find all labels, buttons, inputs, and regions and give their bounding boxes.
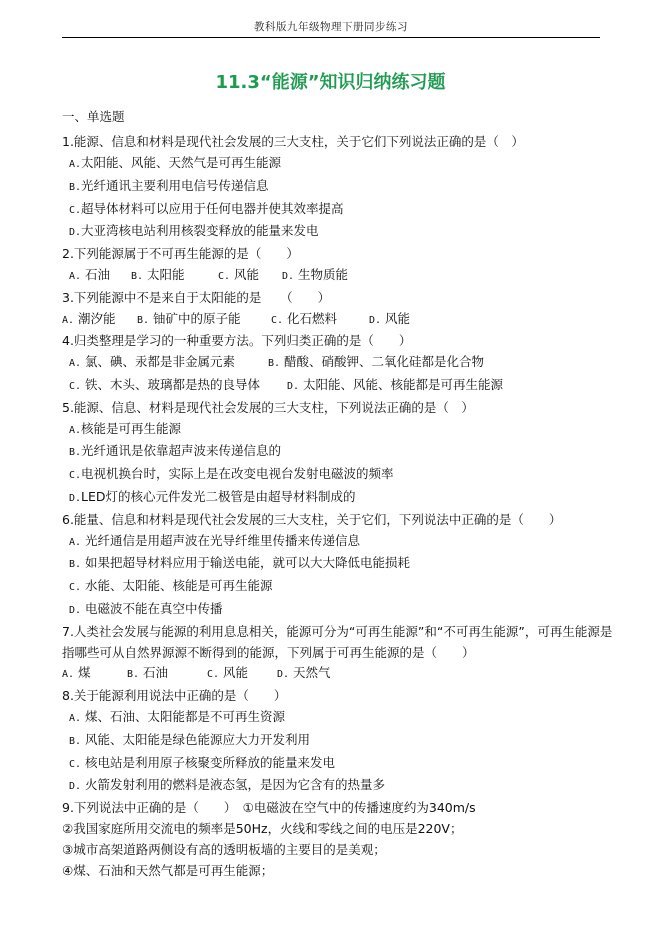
option-letter: A. xyxy=(69,537,81,548)
question-stem: 8.关于能源利用说法中正确的是（ ） xyxy=(62,686,607,707)
statement-2: ②我国家庭所用交流电的频率是50Hz，火线和零线之间的电压是220V； xyxy=(62,819,607,840)
question-stem: 4.归类整理是学习的一种重要方法。下列归类正确的是（ ） xyxy=(62,331,607,352)
option-a[interactable]: A. 煤 xyxy=(62,663,127,686)
question-stem: 9.下列说法中正确的是（ ） ①电磁波在空气中的传播速度约为340m/s xyxy=(62,798,607,819)
option-text: 铁、木头、玻璃都是热的良导体 xyxy=(85,377,260,392)
option-text: 风能 xyxy=(385,311,410,326)
document-body: 一、单选题 1.能源、信息和材料是现代社会发展的三大支柱，关于它们下列说法正确的… xyxy=(62,107,607,881)
option-letter: A. xyxy=(62,669,74,680)
option-c[interactable]: C.电视机换台时，实际上是在改变电视台发射电磁波的频率 xyxy=(62,464,607,487)
question-6: 6.能量、信息和材料是现代社会发展的三大支柱，关于它们，下列说法中正确的是（ ）… xyxy=(62,510,607,622)
question-stem: 6.能量、信息和材料是现代社会发展的三大支柱，关于它们，下列说法中正确的是（ ） xyxy=(62,510,607,531)
option-text: 风能、太阳能是绿色能源应大力开发利用 xyxy=(85,732,310,747)
option-a[interactable]: A. 光纤通信是用超声波在光导纤维里传播来传递信息 xyxy=(62,531,607,554)
option-letter: A. xyxy=(62,315,74,326)
question-stem: 1.能源、信息和材料是现代社会发展的三大支柱，关于它们下列说法正确的是（ ） xyxy=(62,132,607,153)
option-text: 光纤通讯是依靠超声波来传递信息的 xyxy=(81,443,281,458)
option-text: 太阳能、风能、天然气是可再生能源 xyxy=(81,155,281,170)
option-text: 太阳能、风能、核能都是可再生能源 xyxy=(303,377,503,392)
option-text: 潮汐能 xyxy=(78,311,116,326)
option-d[interactable]: D. 太阳能、风能、核能都是可再生能源 xyxy=(287,375,503,398)
option-letter: D. xyxy=(282,271,294,282)
option-letter: B. xyxy=(131,271,143,282)
option-text: 氯、碘、汞都是非金属元素 xyxy=(85,354,235,369)
option-c[interactable]: C. 核电站是利用原子核聚变所释放的能量来发电 xyxy=(62,753,607,776)
option-b[interactable]: B.光纤通讯主要利用电信号传递信息 xyxy=(62,176,607,199)
option-text: 光纤通信是用超声波在光导纤维里传播来传递信息 xyxy=(85,533,360,548)
statement-4: ④煤、石油和天然气都是可再生能源； xyxy=(62,861,607,882)
option-c[interactable]: C. 铁、木头、玻璃都是热的良导体 xyxy=(69,375,287,398)
option-letter: A. xyxy=(69,425,81,436)
option-d[interactable]: D. 生物质能 xyxy=(282,265,348,288)
question-stem-line-1: 7.人类社会发展与能源的利用息息相关，能源可分为“可再生能源”和“不可再生能源”… xyxy=(62,622,607,643)
option-letter: A. xyxy=(69,271,81,282)
page-header: 教科版九年级物理下册同步练习 xyxy=(62,19,600,37)
option-text: 太阳能 xyxy=(147,267,185,282)
options-row: A. 石油 B. 太阳能 C. 风能 D. 生物质能 xyxy=(62,265,607,288)
option-d[interactable]: D. 电磁波不能在真空中传播 xyxy=(62,599,607,622)
question-4: 4.归类整理是学习的一种重要方法。下列归类正确的是（ ） A. 氯、碘、汞都是非… xyxy=(62,331,607,397)
options-row: A. 煤 B. 石油 C. 风能 D. 天然气 xyxy=(62,663,607,686)
option-letter: C. xyxy=(69,205,81,216)
option-text: LED灯的核心元件发光二极管是由超导材料制成的 xyxy=(81,489,356,504)
options-row: A. 氯、碘、汞都是非金属元素 B. 醋酸、硝酸钾、二氧化硅都是化合物 xyxy=(62,352,607,375)
option-a[interactable]: A. 煤、石油、太阳能都是不可再生资源 xyxy=(62,707,607,730)
question-2: 2.下列能源属于不可再生能源的是（ ） A. 石油 B. 太阳能 C. 风能 D… xyxy=(62,244,607,288)
option-letter: A. xyxy=(69,159,81,170)
options-row: C. 铁、木头、玻璃都是热的良导体 D. 太阳能、风能、核能都是可再生能源 xyxy=(62,375,607,398)
options-row: A. 潮汐能 B. 铀矿中的原子能 C. 化石燃料 D. 风能 xyxy=(62,309,607,332)
document-title: 11.3“能源”知识归纳练习题 xyxy=(0,72,661,94)
option-letter: D. xyxy=(287,381,299,392)
question-stem-line-2: 指哪些可从自然界源源不断得到的能源，下列属于可再生能源的是（ ） xyxy=(62,643,607,664)
option-letter: C. xyxy=(218,271,230,282)
option-text: 核能是可再生能源 xyxy=(81,421,181,436)
option-letter: D. xyxy=(69,605,81,616)
option-c[interactable]: C. 风能 xyxy=(218,265,282,288)
option-text: 化石燃料 xyxy=(287,311,337,326)
option-letter: A. xyxy=(69,358,81,369)
option-letter: B. xyxy=(69,182,81,193)
question-7: 7.人类社会发展与能源的利用息息相关，能源可分为“可再生能源”和“不可再生能源”… xyxy=(62,622,607,686)
option-text: 大亚湾核电站利用核裂变释放的能量来发电 xyxy=(81,223,319,238)
question-stem: 3.下列能源中不是来自于太阳能的是 （ ） xyxy=(62,288,607,309)
option-c[interactable]: C. 水能、太阳能、核能是可再生能源 xyxy=(62,576,607,599)
option-c[interactable]: C. 风能 xyxy=(207,663,277,686)
option-text: 电磁波不能在真空中传播 xyxy=(85,601,223,616)
option-text: 电视机换台时，实际上是在改变电视台发射电磁波的频率 xyxy=(81,466,394,481)
option-a[interactable]: A. 石油 xyxy=(69,265,131,288)
question-3: 3.下列能源中不是来自于太阳能的是 （ ） A. 潮汐能 B. 铀矿中的原子能 … xyxy=(62,288,607,332)
option-text: 煤 xyxy=(78,665,91,680)
option-letter: D. xyxy=(369,315,381,326)
option-text: 火箭发射利用的燃料是液态氢，是因为它含有的热量多 xyxy=(85,777,385,792)
option-d[interactable]: D.大亚湾核电站利用核裂变释放的能量来发电 xyxy=(62,221,607,244)
option-text: 核电站是利用原子核聚变所释放的能量来发电 xyxy=(85,755,335,770)
option-letter: B. xyxy=(69,736,81,747)
option-letter: B. xyxy=(127,669,139,680)
option-letter: D. xyxy=(69,493,81,504)
option-d[interactable]: D. 火箭发射利用的燃料是液态氢，是因为它含有的热量多 xyxy=(62,775,607,798)
option-letter: C. xyxy=(69,381,81,392)
option-text: 如果把超导材料应用于输送电能，就可以大大降低电能损耗 xyxy=(85,555,410,570)
option-a[interactable]: A. 潮汐能 xyxy=(62,309,137,332)
option-text: 风能 xyxy=(223,665,248,680)
statement-3: ③城市高架道路两侧设有高的透明板墙的主要目的是美观； xyxy=(62,840,607,861)
option-text: 铀矿中的原子能 xyxy=(153,311,241,326)
option-text: 超导体材料可以应用于任何电器并使其效率提高 xyxy=(81,201,344,216)
option-letter: B. xyxy=(69,559,81,570)
option-letter: C. xyxy=(69,470,81,481)
option-text: 生物质能 xyxy=(298,267,348,282)
option-a[interactable]: A.太阳能、风能、天然气是可再生能源 xyxy=(62,153,607,176)
option-b[interactable]: B.光纤通讯是依靠超声波来传递信息的 xyxy=(62,441,607,464)
option-c[interactable]: C.超导体材料可以应用于任何电器并使其效率提高 xyxy=(62,199,607,222)
option-d[interactable]: D.LED灯的核心元件发光二极管是由超导材料制成的 xyxy=(62,487,607,510)
option-b[interactable]: B. 风能、太阳能是绿色能源应大力开发利用 xyxy=(62,730,607,753)
option-text: 水能、太阳能、核能是可再生能源 xyxy=(85,578,273,593)
option-d[interactable]: D. 天然气 xyxy=(277,663,331,686)
option-text: 石油 xyxy=(85,267,110,282)
option-c[interactable]: C. 化石燃料 xyxy=(271,309,369,332)
section-heading: 一、单选题 xyxy=(62,107,607,128)
option-a[interactable]: A. 氯、碘、汞都是非金属元素 xyxy=(69,352,268,375)
option-letter: D. xyxy=(69,227,81,238)
question-stem: 2.下列能源属于不可再生能源的是（ ） xyxy=(62,244,607,265)
header-divider xyxy=(62,37,600,38)
option-b[interactable]: B. 醋酸、硝酸钾、二氧化硅都是化合物 xyxy=(268,352,484,375)
question-stem: 5.能源、信息、材料是现代社会发展的三大支柱，下列说法正确的是（ ） xyxy=(62,398,607,419)
option-text: 光纤通讯主要利用电信号传递信息 xyxy=(81,178,269,193)
option-letter: C. xyxy=(271,315,283,326)
question-8: 8.关于能源利用说法中正确的是（ ） A. 煤、石油、太阳能都是不可再生资源 B… xyxy=(62,686,607,798)
question-1: 1.能源、信息和材料是现代社会发展的三大支柱，关于它们下列说法正确的是（ ） A… xyxy=(62,132,607,244)
option-letter: C. xyxy=(69,582,81,593)
option-b[interactable]: B. 铀矿中的原子能 xyxy=(137,309,271,332)
option-d[interactable]: D. 风能 xyxy=(369,309,410,332)
option-letter: D. xyxy=(277,669,289,680)
option-text: 天然气 xyxy=(293,665,331,680)
option-letter: A. xyxy=(69,713,81,724)
option-b[interactable]: B. 如果把超导材料应用于输送电能，就可以大大降低电能损耗 xyxy=(62,553,607,576)
option-letter: B. xyxy=(69,447,81,458)
option-letter: B. xyxy=(268,358,280,369)
question-5: 5.能源、信息、材料是现代社会发展的三大支柱，下列说法正确的是（ ） A.核能是… xyxy=(62,398,607,510)
option-b[interactable]: B. 石油 xyxy=(127,663,207,686)
option-text: 煤、石油、太阳能都是不可再生资源 xyxy=(85,709,285,724)
option-text: 风能 xyxy=(234,267,259,282)
option-letter: B. xyxy=(137,315,149,326)
option-letter: C. xyxy=(69,759,81,770)
option-b[interactable]: B. 太阳能 xyxy=(131,265,218,288)
option-a[interactable]: A.核能是可再生能源 xyxy=(62,419,607,442)
option-letter: C. xyxy=(207,669,219,680)
option-text: 石油 xyxy=(143,665,168,680)
option-letter: D. xyxy=(69,781,81,792)
question-9: 9.下列说法中正确的是（ ） ①电磁波在空气中的传播速度约为340m/s ②我国… xyxy=(62,798,607,881)
option-text: 醋酸、硝酸钾、二氧化硅都是化合物 xyxy=(284,354,484,369)
